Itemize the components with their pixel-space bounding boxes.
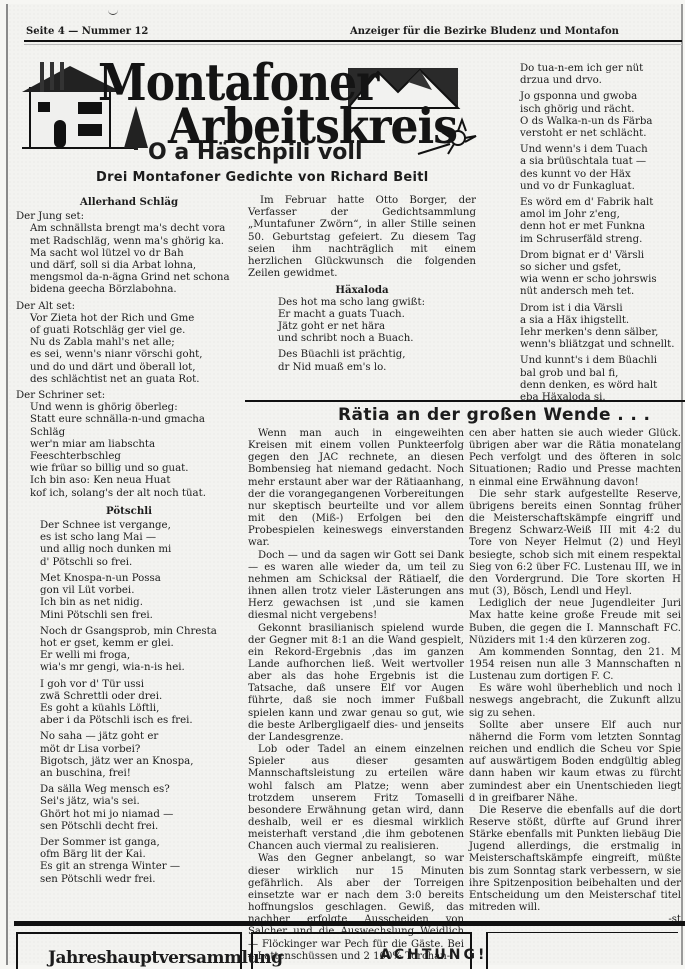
verse-line: Ich bin as net nidig. xyxy=(40,597,242,609)
verse-line: d' Pötschli so frei. xyxy=(40,557,242,569)
stanza: Do tua-n-em ich ger nütdrzua und drvo. xyxy=(520,63,680,87)
verse-line: Do tua-n-em ich ger nüt xyxy=(520,63,680,75)
verse-line: Met Knospa-n-un Possa xyxy=(40,573,242,585)
newspaper-name-header: Anzeiger für die Bezirke Bludenz und Mon… xyxy=(350,26,619,37)
verse-line: Mini Pötschli sen frei. xyxy=(40,610,242,622)
newspaper-page: Seite 4 — Nummer 12 Anzeiger für die Bez… xyxy=(6,4,683,965)
verse-line: Es wörd em d' Fabrik halt xyxy=(520,197,680,209)
verse-line: Er welli mi froga, xyxy=(40,650,242,662)
verse-line: I goh vor d' Tür ussi xyxy=(40,679,242,691)
stanza: Des hot ma scho lang gwißt:Er macht a gu… xyxy=(278,297,476,346)
verse-line: wie früar so billig und so guat. xyxy=(30,463,242,475)
verse-line: Des Büachli ist prächtig, xyxy=(278,349,476,361)
verse-line: so sicher und gsfet, xyxy=(520,262,680,274)
article-paragraph: Sollte aber unsere Elf auch nur nähernd … xyxy=(469,720,681,805)
header-rule-thin xyxy=(24,44,682,45)
verse-line: Ghört hot mi jo niamad — xyxy=(40,809,242,821)
poem-poetschli: Der Schnee ist vergange,es ist scho lang… xyxy=(16,520,242,886)
verse-line: und schribt noch a Buach. xyxy=(278,333,476,345)
verse-line: Da sälla Weg mensch es? xyxy=(40,784,242,796)
verse-line: Der Sommer ist ganga, xyxy=(40,837,242,849)
poem-haexaloda-part2: Do tua-n-em ich ger nütdrzua und drvo.Jo… xyxy=(520,63,680,404)
article-paragraph: Die sehr stark aufgestellte Reserve, übr… xyxy=(469,489,681,598)
article-paragraph: Es wäre wohl überheblich und noch l nesw… xyxy=(469,683,681,719)
verse-line: möt dr Lisa vorbei? xyxy=(40,744,242,756)
stanza: Drom bignat er d' Värsliso sicher und gs… xyxy=(520,250,680,299)
verse-line: No saha — jätz goht er xyxy=(40,731,242,743)
verse-line: Des hot ma scho lang gwißt: xyxy=(278,297,476,309)
verse-line: of guati Rotschläg ger viel ge. xyxy=(30,325,242,337)
background-tree-icon xyxy=(40,62,64,92)
verse-line: aber i da Pötschli isch es frei. xyxy=(40,715,242,727)
intro-column: Im Februar hatte Otto Borger, der Verfas… xyxy=(248,195,476,378)
verse-line: Jo gsponna und gwoba xyxy=(520,91,680,103)
poem-speaker: Der Schriner set: xyxy=(16,390,242,402)
stanza: No saha — jätz goht ermöt dr Lisa vorbei… xyxy=(16,731,242,780)
section-rule xyxy=(245,400,685,402)
verse-line: Es goht a küahls Löftli, xyxy=(40,703,242,715)
article-paragraph: Gekonnt brasilianisch spielend wurde der… xyxy=(248,623,464,745)
article-paragraph: Die Reserve die ebenfalls auf die dort R… xyxy=(469,805,681,914)
verse-line: Jätz goht er net hära xyxy=(278,321,476,333)
article-paragraph: Lob oder Tadel an einem einzelnen Spiele… xyxy=(248,744,464,853)
verse-line: Nu ds Zabla mahl's net alle; xyxy=(30,337,242,349)
bottom-rule xyxy=(14,921,685,926)
stanza: Met Knospa-n-un Possagon vil Lüt vorbei.… xyxy=(16,573,242,622)
article-subheadline: Drei Montafoner Gedichte von Richard Bei… xyxy=(96,170,429,185)
verse-line: bidena geecha Börzlabohna. xyxy=(30,284,242,296)
verse-line: dr Nid muaß em's lo. xyxy=(278,362,476,374)
verse-line: Vor Zieta hot der Rich und Gme xyxy=(30,313,242,325)
verse-line: Und kunnt's i dem Büachli xyxy=(520,355,680,367)
verse-line: an buschina, frei! xyxy=(40,768,242,780)
stanza: I goh vor d' Tür ussizwä Schrettli oder … xyxy=(16,679,242,728)
stanza: Noch dr Gsangsprob, min Chrestahot er gs… xyxy=(16,626,242,675)
verse-line: nüt andersch meh tet. xyxy=(520,286,680,298)
verse-line: und därf, soll si dia Arbat lohna, xyxy=(30,260,242,272)
verse-line: sen Pötschli decht frei. xyxy=(40,821,242,833)
intro-paragraph: Im Februar hatte Otto Borger, der Verfas… xyxy=(248,195,476,280)
article-paragraph: Lediglich der neue Jugendleiter Juri Max… xyxy=(469,598,681,647)
verse-line: met Radschläg, wenn ma's ghörig ka. xyxy=(30,236,242,248)
verse-line: Drom ist i dia Värsli xyxy=(520,303,680,315)
verse-line: denn denken, es wörd halt xyxy=(520,380,680,392)
verse-line: Er macht a guats Tuach. xyxy=(278,309,476,321)
verse-line: des schlächtist net an guata Rot. xyxy=(30,374,242,386)
poem-speaker: Der Jung set: xyxy=(16,211,242,223)
article-paragraph: Wenn man auch in eingeweihten Kreisen mi… xyxy=(248,428,464,550)
verse-line: wia's mr gengi, wia-n-is hei. xyxy=(40,662,242,674)
verse-line: isch ghörig und rächt. xyxy=(520,104,680,116)
verse-line: eba Häxaloda si. xyxy=(520,392,680,404)
verse-line: wer'n miar am liabschta Feeschterbschleg xyxy=(30,439,242,463)
sports-headline: Rätia an der großen Wende . . . xyxy=(338,405,650,425)
verse-line: O ds Walka-n-un ds Färba xyxy=(520,116,680,128)
verse-line: und vo dr Funkagluat. xyxy=(520,181,680,193)
stanza: Der Schnee ist vergange,es ist scho lang… xyxy=(16,520,242,569)
stanza: Es wörd em d' Fabrik haltamol im Johr z'… xyxy=(520,197,680,246)
verse-line: und allig noch dunken mi xyxy=(40,544,242,556)
verse-line: gon vil Lüt vorbei. xyxy=(40,585,242,597)
verse-line: Iehr merken's denn sälber, xyxy=(520,327,680,339)
sports-article-column1: Wenn man auch in eingeweihten Kreisen mi… xyxy=(248,428,464,963)
poem-allerhand-schlaeg: Der Jung set:Am schnällsta brengt ma's d… xyxy=(16,211,242,500)
article-paragraph: Doch — und da sagen wir Gott sei Dank — … xyxy=(248,550,464,623)
verse-line: es ist scho lang Mai — xyxy=(40,532,242,544)
verse-line: bal grob und bal fi, xyxy=(520,368,680,380)
article-headline: O a Häschpili voll xyxy=(148,140,363,165)
header-rule xyxy=(24,40,682,42)
verse-line: zwä Schrettli oder drei. xyxy=(40,691,242,703)
verse-line: im Schruserfäld streng. xyxy=(520,234,680,246)
verse-line: a sia brüüschtala tuat — xyxy=(520,156,680,168)
verse-line: und do und därt und öberall lot, xyxy=(30,362,242,374)
verse-line: Ich bin aso: Ken neua Huat xyxy=(30,475,242,487)
ad-title: ACHTUNG! xyxy=(380,947,487,963)
verse-line: Es git an strenga Winter — xyxy=(40,861,242,873)
stanza: Des Büachli ist prächtig,dr Nid muaß em'… xyxy=(278,349,476,373)
verse-line: drzua und drvo. xyxy=(520,75,680,87)
verse-line: Am schnällsta brengt ma's decht vora xyxy=(30,223,242,235)
verse-line: amol im Johr z'eng, xyxy=(520,209,680,221)
verse-line: denn hot er met Funkna xyxy=(520,221,680,233)
verse-line: Bigotsch, jätz wer an Knospa, xyxy=(40,756,242,768)
poems-column: Allerhand Schläg Der Jung set:Am schnäll… xyxy=(16,194,242,890)
stanza: Drom ist i dia Värslia sia a Häx ihigste… xyxy=(520,303,680,352)
poem-title: Häxaloda xyxy=(248,284,476,296)
stanza: Vor Zieta hot der Rich und Gmeof guati R… xyxy=(16,313,242,386)
page-number-header: Seite 4 — Nummer 12 xyxy=(26,26,148,37)
verse-line: mengsmol da-n-ägna Grind net schona xyxy=(30,272,242,284)
poem-speaker: Der Alt set: xyxy=(16,301,242,313)
ad-title: Jahreshauptversammlung xyxy=(48,948,283,968)
stanza: Da sälla Weg mensch es?Sei's jätz, wia's… xyxy=(16,784,242,833)
print-mark xyxy=(108,8,118,15)
verse-line: Und wenn is ghörig öberleg: xyxy=(30,402,242,414)
article-paragraph: cen aber hatten sie auch wieder Glück. ü… xyxy=(469,428,681,489)
advertisement-box xyxy=(486,932,678,969)
verse-line: Noch dr Gsangsprob, min Chresta xyxy=(40,626,242,638)
verse-line: wia wenn er scho johrswis xyxy=(520,274,680,286)
verse-line: kof ich, solang's der alt noch tüat. xyxy=(30,488,242,500)
verse-line: sen Pötschli wedr frei. xyxy=(40,874,242,886)
poem-title: Pötschli xyxy=(16,505,242,517)
poem-haexaloda-part1: Des hot ma scho lang gwißt:Er macht a gu… xyxy=(248,297,476,374)
stanza: Und wenn is ghörig öberleg:Statt eure sc… xyxy=(16,402,242,500)
verse-line: ofm Bärg lit der Kai. xyxy=(40,849,242,861)
verse-line: Ma sacht wol lützel vo dr Bah xyxy=(30,248,242,260)
verse-line: Statt eure schnälla-n-und gmacha Schläg xyxy=(30,414,242,438)
verse-line: Drom bignat er d' Värsli xyxy=(520,250,680,262)
poem-title: Allerhand Schläg xyxy=(16,196,242,208)
verse-line: es sei, wenn's nianr vörschi goht, xyxy=(30,349,242,361)
verse-line: Sei's jätz, wia's sei. xyxy=(40,796,242,808)
verse-line: wenn's bliätzgat und schnellt. xyxy=(520,339,680,351)
verse-line: Und wenn's i dem Tuach xyxy=(520,144,680,156)
sports-article-column2: cen aber hatten sie auch wieder Glück. ü… xyxy=(469,428,681,926)
verse-line: Der Schnee ist vergange, xyxy=(40,520,242,532)
verse-line: a sia a Häx ihigstellt. xyxy=(520,315,680,327)
article-paragraph: Am kommenden Sonntag, den 21. M 1954 rei… xyxy=(469,647,681,683)
poem-continuation-column: Do tua-n-em ich ger nütdrzua und drvo.Jo… xyxy=(520,63,680,408)
verse-line: des kunnt vo der Häx xyxy=(520,169,680,181)
stanza: Am schnällsta brengt ma's decht voramet … xyxy=(16,223,242,296)
verse-line: hot er gset, kemm er glei. xyxy=(40,638,242,650)
verse-line: verstoht er net schlächt. xyxy=(520,128,680,140)
stanza: Jo gsponna und gwobaisch ghörig und räch… xyxy=(520,91,680,140)
stanza: Und wenn's i dem Tuacha sia brüüschtala … xyxy=(520,144,680,193)
stanza: Der Sommer ist ganga,ofm Bärg lit der Ka… xyxy=(16,837,242,886)
stanza: Und kunnt's i dem Büachlibal grob und ba… xyxy=(520,355,680,404)
